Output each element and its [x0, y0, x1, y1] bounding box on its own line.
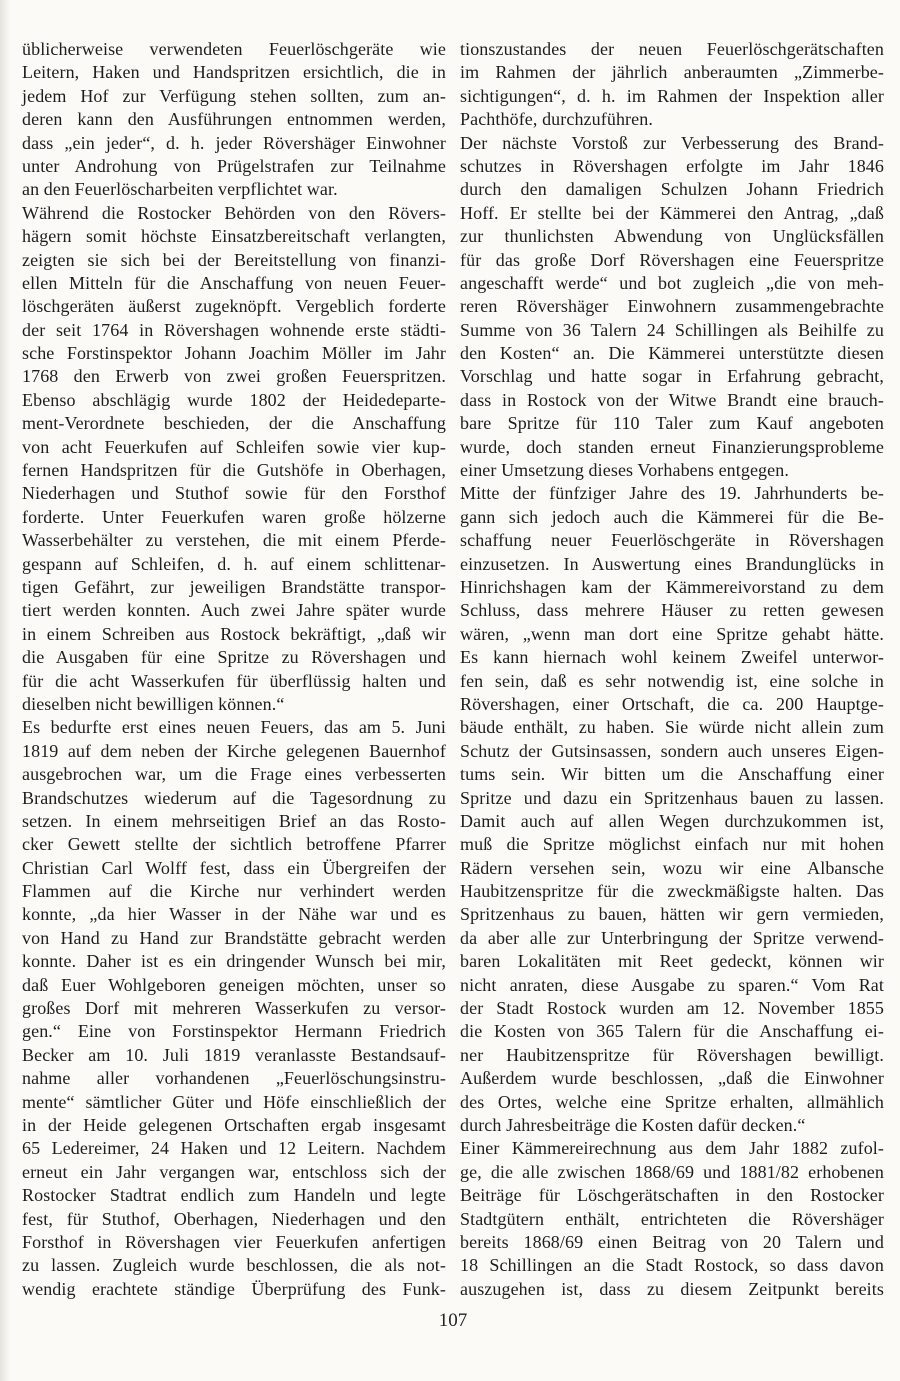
text-line: da aber alle zur Unterbringung der Sprit…: [460, 927, 884, 950]
text-line: Außerdem wurde beschlossen, „daß die Ein…: [460, 1067, 884, 1090]
text-line: fernen Handspritzen für die Gutshöfe in …: [22, 459, 446, 482]
text-line: ment-Verordnete beschieden, der die Ansc…: [22, 412, 446, 435]
book-page: üblicherweise verwendeten Feuerlöschgerä…: [0, 0, 900, 1381]
text-line: wurde, doch standen erneut Finanzierungs…: [460, 436, 884, 459]
text-line: konnte, „da hier Wasser in der Nähe war …: [22, 903, 446, 926]
text-line: unter Androhung von Prügelstrafen zur Te…: [22, 155, 446, 178]
text-line: Rostocker Stadtrat endlich zum Handeln u…: [22, 1184, 446, 1207]
text-line: baren Lokalitäten mit Reet gedeckt, könn…: [460, 950, 884, 973]
text-line: nahme aller vorhandenen „Feuerlöschungsi…: [22, 1067, 446, 1090]
text-line: reren Rövershäger Einwohnern zusammengeb…: [460, 295, 884, 318]
text-line: durch den damaligen Schulzen Johann Frie…: [460, 178, 884, 201]
text-line: fen sein, daß es sehr notwendig ist, ein…: [460, 670, 884, 693]
paragraph: Einer Kämmereirechnung aus dem Jahr 1882…: [460, 1137, 884, 1301]
text-columns: üblicherweise verwendeten Feuerlöschgerä…: [22, 38, 884, 1301]
text-line: tums sein. Wir bitten um die Anschaffung…: [460, 763, 884, 786]
text-line: ner Haubitzenspritze für Rövershagen bew…: [460, 1044, 884, 1067]
text-line: zur thunlichsten Abwendung von Unglücksf…: [460, 225, 884, 248]
text-line: dass „ein jeder“, d. h. jeder Rövershäge…: [22, 132, 446, 155]
text-line: Schutz der Gutsinsassen, sondern auch un…: [460, 740, 884, 763]
text-line: der seit 1764 in Rövershagen wohnende er…: [22, 319, 446, 342]
text-line: Der nächste Vorstoß zur Verbesserung des…: [460, 132, 884, 155]
text-line: Leitern, Haken und Handspritzen ersichtl…: [22, 61, 446, 84]
text-line: forderte. Unter Feuerkufen waren große h…: [22, 506, 446, 529]
page-number: 107: [22, 1309, 884, 1333]
text-line: Spritzenhaus zu bauen, hätten wir gern v…: [460, 903, 884, 926]
text-line: tionszustandes der neuen Feuerlöschgerät…: [460, 38, 884, 61]
text-line: 1819 auf dem neben der Kirche gelegenen …: [22, 740, 446, 763]
text-line: tiert werden konnten. Auch zwei Jahre sp…: [22, 599, 446, 622]
text-line: sichtigungen“, d. h. im Rahmen der Inspe…: [460, 85, 884, 108]
text-line: die Ausgaben für eine Spritze zu Röversh…: [22, 646, 446, 669]
text-line: an den Feuerlöscharbeiten verpflichtet w…: [22, 178, 446, 201]
text-line: Wasserbehälter zu verstehen, die mit ein…: [22, 529, 446, 552]
text-line: tigen Gefährt, zur jeweiligen Brandstätt…: [22, 576, 446, 599]
text-line: angeschafft werde“ und bot zugleich „die…: [460, 272, 884, 295]
text-line: erneut ein Jahr vergangen war, entschlos…: [22, 1161, 446, 1184]
text-line: für das große Dorf Rövershagen eine Feue…: [460, 249, 884, 272]
text-line: Stadtgütern enthält, entrichteten die Rö…: [460, 1208, 884, 1231]
paragraph: Während die Rostocker Behörden von den R…: [22, 202, 446, 717]
text-line: Ebenso abschlägig wurde 1802 der Heidede…: [22, 389, 446, 412]
text-line: Rädern versehen sein, wozu wir eine Alba…: [460, 857, 884, 880]
text-line: cker Gewett stellte der sichtlich betrof…: [22, 833, 446, 856]
text-line: fest, für Stuthof, Oberhagen, Niederhage…: [22, 1208, 446, 1231]
text-line: des Ortes, welche eine Spritze erhalten,…: [460, 1091, 884, 1114]
text-line: setzen. In einem mehrseitigen Brief an d…: [22, 810, 446, 833]
text-line: zu lassen. Zugleich wurde beschlossen, d…: [22, 1254, 446, 1277]
text-line: jedem Hof zur Verfügung stehen sollten, …: [22, 85, 446, 108]
paragraph: Der nächste Vorstoß zur Verbesserung des…: [460, 132, 884, 483]
text-line: Flammen auf die Kirche nur verhindert we…: [22, 880, 446, 903]
text-line: wendig erachtete ständige Überprüfung de…: [22, 1278, 446, 1301]
text-line: konnte. Daher ist es ein dringender Wuns…: [22, 950, 446, 973]
text-line: Es kann hiernach wohl keinem Zweifel unt…: [460, 646, 884, 669]
paragraph: Es bedurfte erst eines neuen Feuers, das…: [22, 716, 446, 1301]
text-line: ge, die alle zwischen 1868/69 und 1881/8…: [460, 1161, 884, 1184]
text-line: dieselben nicht bewilligen können.“: [22, 693, 446, 716]
paragraph: üblicherweise verwendeten Feuerlöschgerä…: [22, 38, 446, 202]
text-line: Damit auch auf allen Wegen durchzukommen…: [460, 810, 884, 833]
text-line: Schluss, dass mehrere Häuser zu retten g…: [460, 599, 884, 622]
text-line: Niederhagen und Stuthof sowie für den Fo…: [22, 482, 446, 505]
text-line: gann sich jedoch auch die Kämmerei für d…: [460, 506, 884, 529]
text-line: durch Jahresbeiträge die Kosten dafür de…: [460, 1114, 884, 1137]
text-line: mente“ sämtlicher Güter und Höfe einschl…: [22, 1091, 446, 1114]
text-line: löschgeräten äußerst zugeknöpft. Vergebl…: [22, 295, 446, 318]
column-left: üblicherweise verwendeten Feuerlöschgerä…: [22, 38, 446, 1301]
text-line: von Hand zu Hand zur Brandstätte gebrach…: [22, 927, 446, 950]
text-line: Summe von 36 Talern 24 Schillingen als B…: [460, 319, 884, 342]
text-line: den Kosten“ an. Die Kämmerei unterstützt…: [460, 342, 884, 365]
text-line: Rövershagen, einer Ortschaft, die ca. 20…: [460, 693, 884, 716]
text-line: 1768 den Erwerb von zwei großen Feuerspr…: [22, 365, 446, 388]
text-line: schutzes in Rövershagen erfolgte im Jahr…: [460, 155, 884, 178]
column-right: tionszustandes der neuen Feuerlöschgerät…: [460, 38, 884, 1301]
text-line: daß Euer Wohlgeboren geneigen möchten, u…: [22, 974, 446, 997]
text-line: Es bedurfte erst eines neuen Feuers, das…: [22, 716, 446, 739]
text-line: üblicherweise verwendeten Feuerlöschgerä…: [22, 38, 446, 61]
text-line: deren kann den Ausführungen entnommen we…: [22, 108, 446, 131]
text-line: in einem Schreiben aus Rostock bekräftig…: [22, 623, 446, 646]
text-line: 65 Ledereimer, 24 Haken und 12 Leitern. …: [22, 1137, 446, 1160]
text-line: schaffung neuer Feuerlöschgeräte in Röve…: [460, 529, 884, 552]
text-line: Beiträge für Löschgerätschaften in den R…: [460, 1184, 884, 1207]
text-line: gen.“ Eine von Forstinspektor Hermann Fr…: [22, 1020, 446, 1043]
text-line: nicht anraten, diese Ausgabe zu sparen.“…: [460, 974, 884, 997]
text-line: sche Forstinspektor Johann Joachim Mölle…: [22, 342, 446, 365]
text-line: einer Umsetzung dieses Vorhabens entgege…: [460, 459, 884, 482]
text-line: hägern somit höchste Einsatzbereitschaft…: [22, 225, 446, 248]
text-line: der Stadt Rostock wurden am 12. November…: [460, 997, 884, 1020]
text-line: Christian Carl Wolff fest, dass ein Über…: [22, 857, 446, 880]
text-line: gespann auf Schleifen, d. h. auf einem s…: [22, 553, 446, 576]
text-line: Mitte der fünfziger Jahre des 19. Jahrhu…: [460, 482, 884, 505]
text-line: Brandschutzes wiederum auf die Tagesordn…: [22, 787, 446, 810]
text-line: von acht Feuerkufen auf Schleifen sowie …: [22, 436, 446, 459]
text-line: 18 Schillingen an die Stadt Rostock, so …: [460, 1254, 884, 1277]
text-line: die Kosten von 365 Talern für die Anscha…: [460, 1020, 884, 1043]
text-line: Pachthöfe, durchzuführen.: [460, 108, 884, 131]
text-line: muß die Spritze möglichst einfach nur mi…: [460, 833, 884, 856]
text-line: auszugehen ist, dass zu diesem Zeitpunkt…: [460, 1278, 884, 1301]
text-line: ellen Mitteln für die Anschaffung von ne…: [22, 272, 446, 295]
text-line: in der Heide gelegenen Ortschaften ergab…: [22, 1114, 446, 1137]
text-line: Spritze und dazu ein Spritzenhaus bauen …: [460, 787, 884, 810]
text-line: bäude enthält, zu haben. Sie würde nicht…: [460, 716, 884, 739]
text-line: bereits 1868/69 einen Beitrag von 20 Tal…: [460, 1231, 884, 1254]
text-line: einzusetzen. In Auswertung eines Brandun…: [460, 553, 884, 576]
text-line: ausgebrochen war, um die Frage eines ver…: [22, 763, 446, 786]
text-line: bare Spritze für 110 Taler zum Kauf ange…: [460, 412, 884, 435]
text-line: Forsthof in Rövershagen vier Feuerkufen …: [22, 1231, 446, 1254]
text-line: für die acht Wasserkufen für überflüssig…: [22, 670, 446, 693]
text-line: Während die Rostocker Behörden von den R…: [22, 202, 446, 225]
text-line: Becker am 10. Juli 1819 veranlasste Best…: [22, 1044, 446, 1067]
text-line: Vorschlag und hatte sogar in Erfahrung g…: [460, 365, 884, 388]
text-line: im Rahmen der jährlich anberaumten „Zimm…: [460, 61, 884, 84]
text-line: Hoff. Er stellte bei der Kämmerei den An…: [460, 202, 884, 225]
text-line: Haubitzenspritze für die zweckmäßigste h…: [460, 880, 884, 903]
text-line: Hinrichshagen kam der Kämmereivorstand z…: [460, 576, 884, 599]
paragraph: tionszustandes der neuen Feuerlöschgerät…: [460, 38, 884, 132]
text-line: dass in Rostock von der Witwe Brandt ein…: [460, 389, 884, 412]
paragraph: Mitte der fünfziger Jahre des 19. Jahrhu…: [460, 482, 884, 1137]
text-line: wären, „wenn man dort eine Spritze gehab…: [460, 623, 884, 646]
text-line: großes Dorf mit mehreren Wasserkufen zu …: [22, 997, 446, 1020]
text-line: Einer Kämmereirechnung aus dem Jahr 1882…: [460, 1137, 884, 1160]
text-line: zeigten sie sich bei der Bereitstellung …: [22, 249, 446, 272]
